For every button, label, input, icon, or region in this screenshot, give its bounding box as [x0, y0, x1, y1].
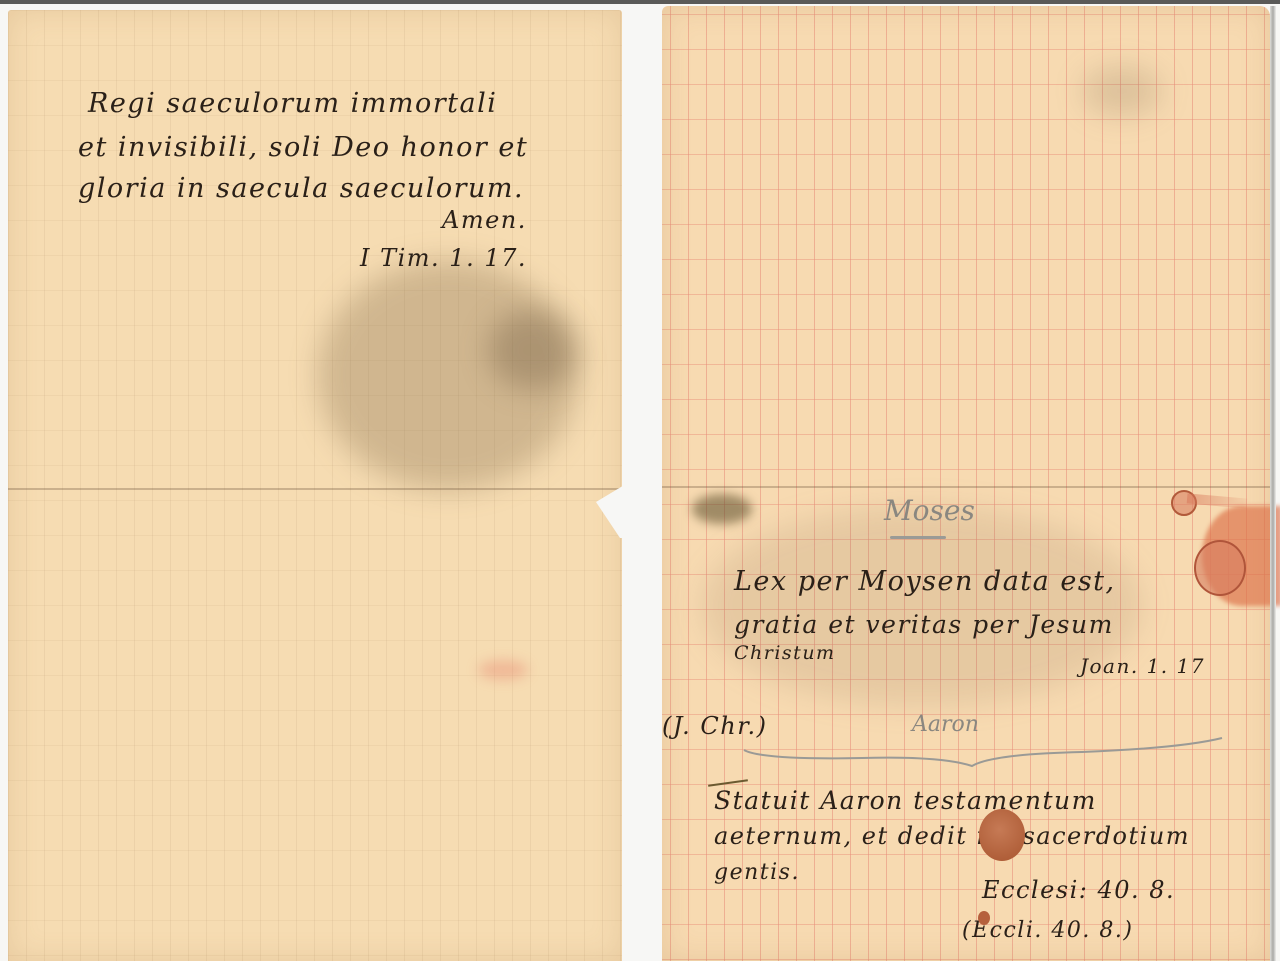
pencil-brace: [742, 732, 1232, 772]
closing-amen: Amen.: [442, 206, 527, 234]
verse2-line-1: Statuit Aaron testamentum: [714, 786, 1097, 815]
ink-blot-stain: [979, 809, 1025, 861]
scanner-right-edge: [1270, 6, 1276, 961]
dirt-smudge: [488, 310, 578, 390]
ring-stain: [1194, 540, 1246, 596]
small-ink-blot: [978, 911, 990, 925]
fold-crease: [8, 488, 622, 490]
dirt-smudge: [692, 494, 752, 524]
verse1-reference: Joan. 1. 17: [1080, 654, 1205, 678]
pencil-underline: [890, 536, 946, 539]
dirt-smudge: [1082, 66, 1162, 116]
verse1-line-2: gratia et veritas per Jesum: [734, 610, 1114, 639]
left-manuscript-page: Regi saeculorum immortali et invisibili,…: [8, 10, 622, 961]
red-mark: [478, 660, 528, 680]
right-manuscript-page: Moses Lex per Moysen data est, gratia et…: [662, 6, 1270, 961]
verse-line-1: Regi saeculorum immortali: [88, 88, 497, 119]
verse-line-2: et invisibili, soli Deo honor et: [78, 132, 528, 163]
verse2-line-3: gentis.: [714, 860, 800, 885]
fold-crease: [662, 486, 1270, 488]
verse-line-3: gloria in saecula saeculorum.: [78, 173, 524, 204]
pencil-note-moses: Moses: [884, 494, 975, 527]
verse1-line-3: Christum: [734, 642, 836, 664]
verse1-line-1: Lex per Moysen data est,: [734, 566, 1116, 597]
verse2-line-2: aeternum, et dedit illi sacerdotium: [714, 822, 1190, 850]
scanner-top-edge: [0, 0, 1280, 4]
scripture-reference: I Tim. 1. 17.: [360, 244, 527, 272]
verse2-reference: Ecclesi: 40. 8.: [982, 876, 1175, 904]
